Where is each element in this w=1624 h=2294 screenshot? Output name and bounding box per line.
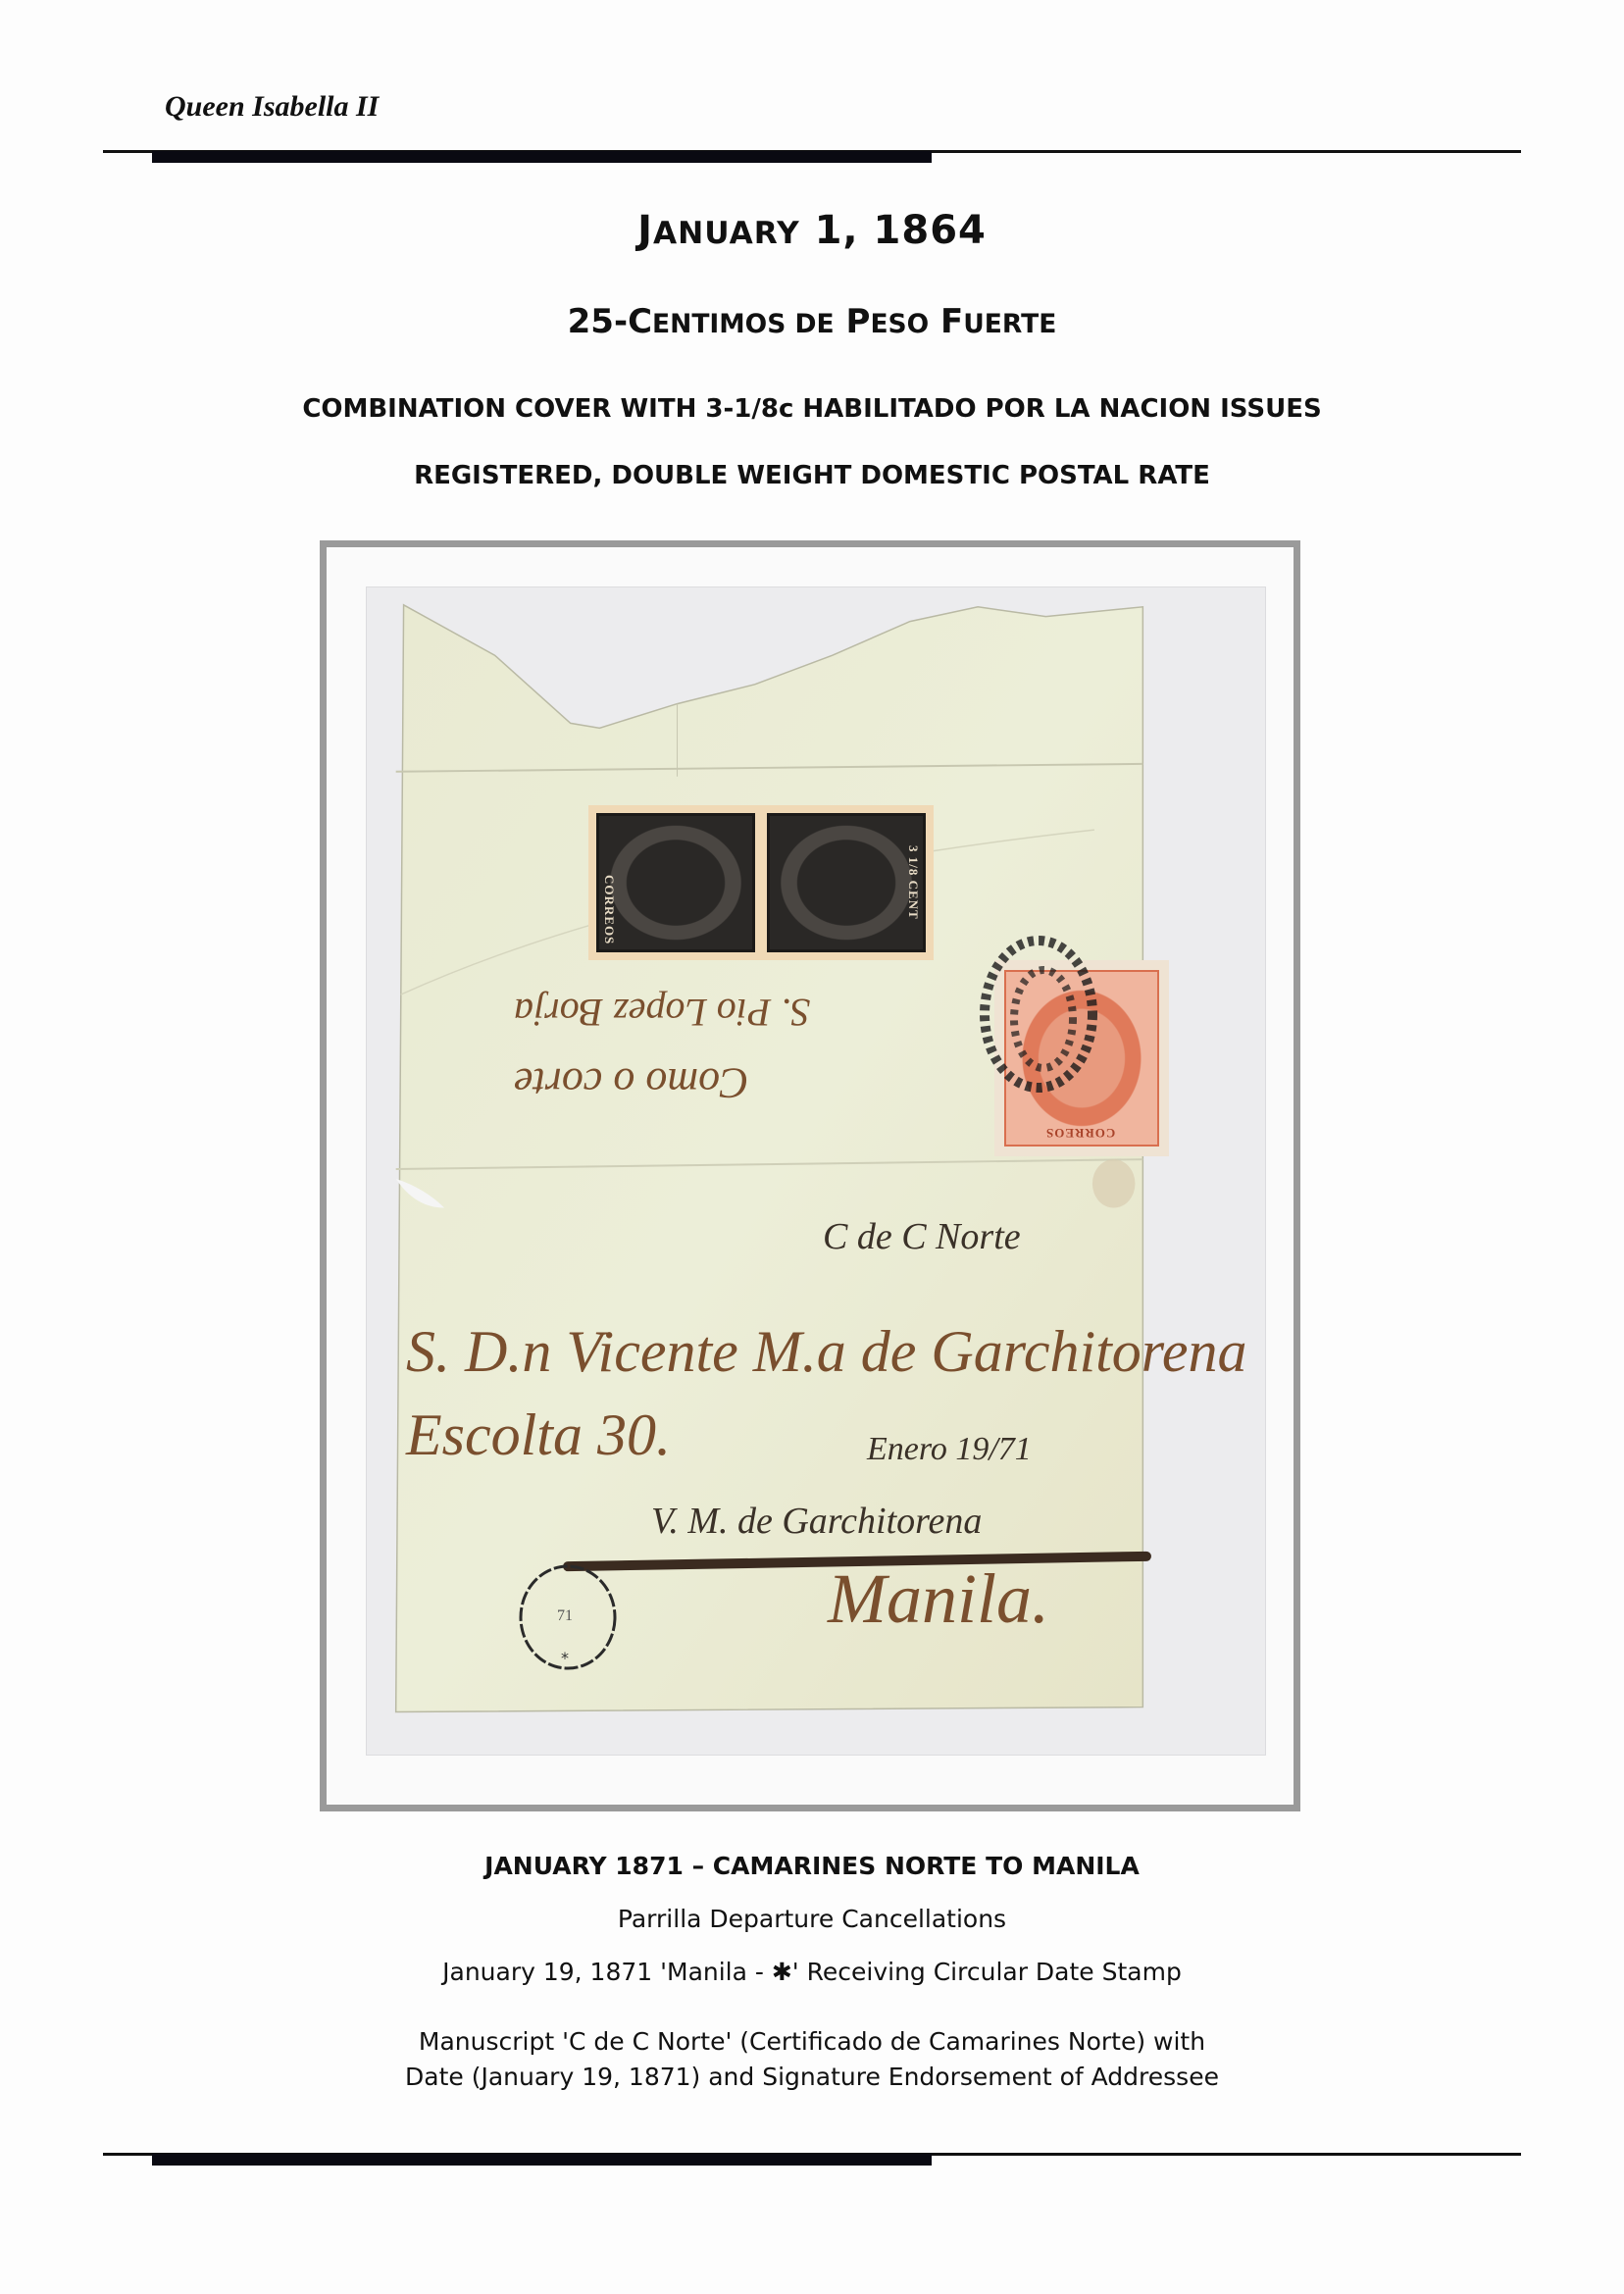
envelope-illustration	[367, 587, 1265, 1755]
footer-rule-thick	[152, 2154, 932, 2166]
cds-star: *	[561, 1649, 569, 1667]
address-line-2: Escolta 30.	[406, 1402, 671, 1469]
address-line-1: S. D.n Vicente M.a de Garchitorena	[406, 1318, 1247, 1386]
destination-city: Manila.	[828, 1558, 1049, 1640]
stamp-inscription: CORREOS	[1045, 1125, 1115, 1141]
caption-receiving-cds: January 19, 1871 'Manila - ✱' Receiving …	[0, 1958, 1624, 1986]
page-header-title: Queen Isabella II	[165, 90, 379, 124]
inverted-endorsement-line-2: S. Pio Lopez Borja	[514, 990, 810, 1036]
registration-mark: C de C Norte	[823, 1215, 1021, 1258]
caption-title: JANUARY 1871 – CAMARINES NORTE TO MANILA	[0, 1852, 1624, 1880]
header-rule-thick	[152, 151, 932, 163]
inverted-endorsement-line-1: Como o corte	[514, 1058, 749, 1108]
cover-image-frame: CORREOS 3 1/8 CENT CORREOS Como o corte …	[320, 540, 1300, 1811]
cds-year: 71	[557, 1607, 573, 1625]
stamp-3-1-8c-left: CORREOS	[588, 805, 763, 960]
stamp-3-1-8c-right: 3 1/8 CENT	[759, 805, 934, 960]
endorsement-date: Enero 19/71	[867, 1431, 1032, 1468]
issue-date-heading: JANUARY 1, 1864	[0, 208, 1624, 253]
caption-departure-cancels: Parrilla Departure Cancellations	[0, 1905, 1624, 1933]
cover-mount: CORREOS 3 1/8 CENT CORREOS Como o corte …	[366, 586, 1266, 1756]
cover-subtitle-combination: COMBINATION COVER WITH 3-1/8c HABILITADO…	[0, 394, 1624, 424]
stamp-inscription: CORREOS	[601, 875, 617, 944]
endorsement-signature: V. M. de Garchitorena	[651, 1500, 982, 1543]
denomination-heading: 25-CENTIMOS DE PESO FUERTE	[0, 302, 1624, 341]
caption-manuscript-note: Manuscript 'C de C Norte' (Certificado d…	[0, 2024, 1624, 2095]
cover-subtitle-rate: REGISTERED, DOUBLE WEIGHT DOMESTIC POSTA…	[0, 461, 1624, 490]
stamp-value-text: 3 1/8 CENT	[905, 845, 921, 920]
parrilla-cancellation	[955, 921, 1112, 1117]
